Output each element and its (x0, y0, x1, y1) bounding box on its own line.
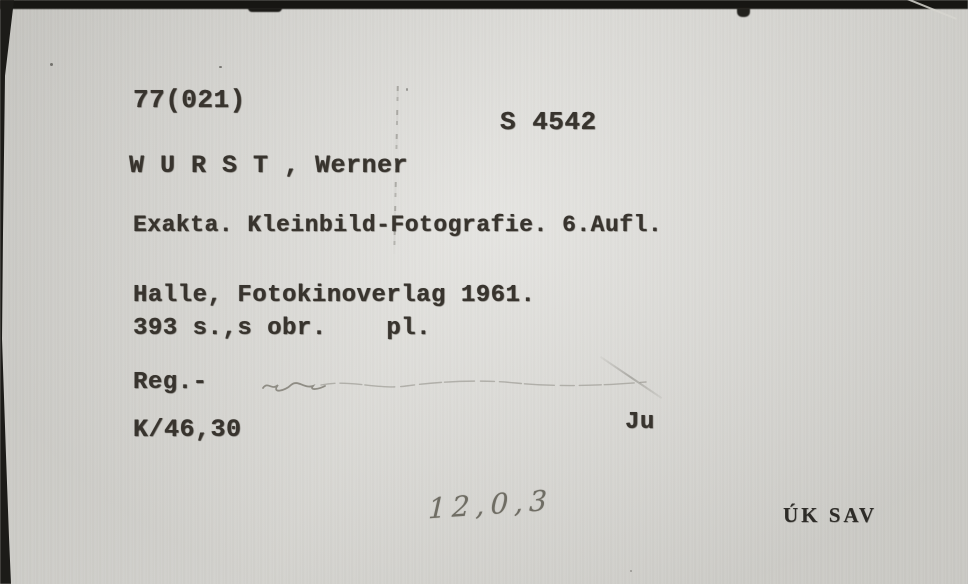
price-note: K/46,30 (133, 417, 242, 442)
library-stamp: ÚK SAV (783, 503, 877, 528)
paper-speck (630, 570, 632, 572)
pencil-squiggle-strikethrough (255, 368, 665, 398)
paper-speck (50, 63, 53, 66)
scan-edge-blemish (737, 8, 750, 17)
author-heading: W U R S T , Werner (129, 153, 408, 178)
paper-speck (406, 88, 408, 91)
classification-number: 77(021) (133, 87, 246, 113)
title-statement: Exakta. Kleinbild-Fotografie. 6.Aufl. (133, 214, 662, 237)
shelfmark-signature: S 4542 (500, 109, 597, 135)
scan-edge-top (0, 0, 968, 9)
scan-edge-left (0, 0, 16, 584)
register-note: Reg.- (133, 371, 208, 395)
scan-edge-blemish (248, 8, 282, 12)
library-catalog-card-scan: 77(021) S 4542 W U R S T , Werner Exakta… (0, 0, 968, 584)
collation-line: 393 s.,s obr. pl. (133, 317, 431, 341)
handwritten-accession-note: 12,0,3 (428, 484, 554, 526)
cataloguer-initials: Ju (625, 411, 655, 435)
paper-speck (219, 66, 222, 68)
imprint-line: Halle, Fotokinoverlag 1961. (133, 284, 535, 308)
